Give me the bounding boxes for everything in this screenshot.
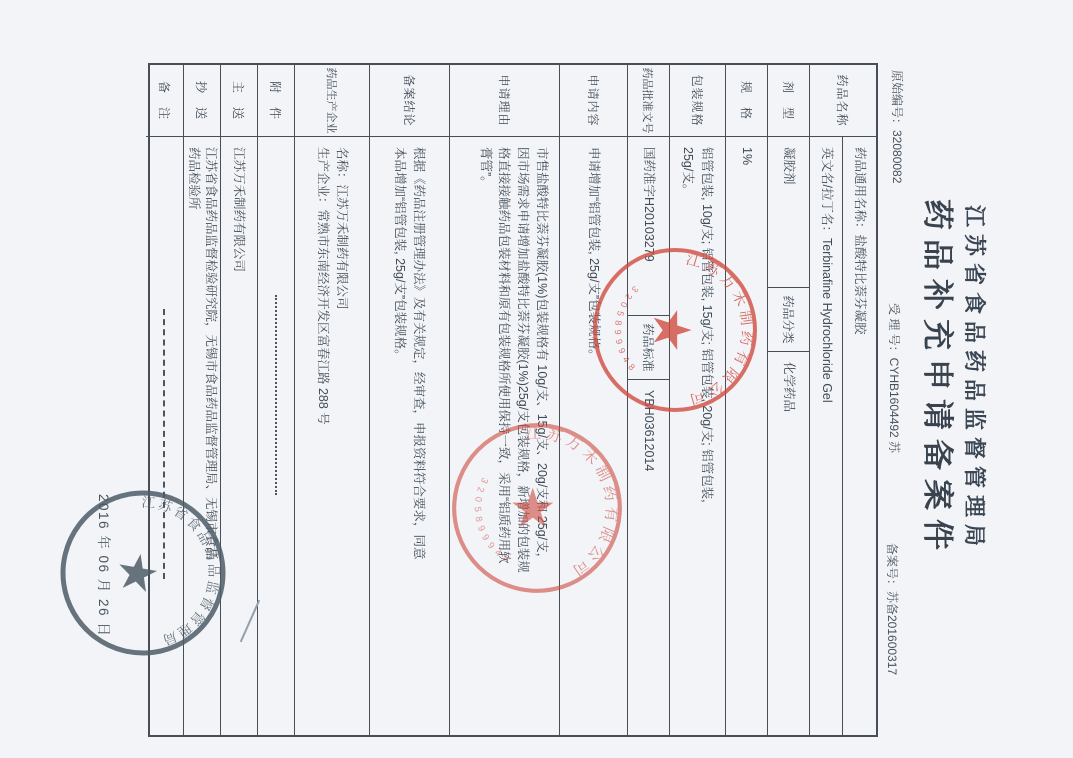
table-row-application-reason: 申请理由 市售盐酸特比萘芬凝胶(1%)包装规格有 10g/支、15g/支、20g… [450, 65, 560, 735]
table-row-main-send: 主 送 江苏万禾制药有限公司 [221, 65, 258, 735]
table-row-drug-name: 药品名称 药品通用名称：盐酸特比萘芬凝胶 英文名/拉丁名：Terbinafine… [810, 65, 876, 735]
table-row-attachment: 附 件 [258, 65, 295, 735]
table-row-conclusion: 备案结论 根据《药品注册管理办法》及有关规定，经审查，申报资料符合要求，同意 本… [370, 65, 450, 735]
spec-label: 规 格 [726, 65, 767, 137]
drug-class-label: 药品分类 [768, 287, 809, 352]
table-row-application-content: 申请内容 申请增加“铝管包装, 25g/支”包装规格。 [560, 65, 628, 735]
dosage-form-value: 凝胶剂 [768, 137, 809, 287]
pack-spec-label: 包装规格 [670, 65, 725, 137]
application-reason-value: 市售盐酸特比萘芬凝胶(1%)包装规格有 10g/支、15g/支、20g/支和 2… [450, 137, 559, 735]
main-send-label: 主 送 [221, 65, 257, 137]
issuing-authority: 江苏省食品药品监督管理局 [960, 0, 991, 758]
main-send-value: 江苏万禾制药有限公司 [221, 137, 257, 735]
application-content-value: 申请增加“铝管包装, 25g/支”包装规格。 [560, 137, 627, 735]
conclusion-value: 根据《药品注册管理办法》及有关规定，经审查，申报资料符合要求，同意 本品增加“铝… [370, 137, 449, 735]
table-row-dosage-form: 剂 型 凝胶剂 药品分类 化学药品 [768, 65, 810, 735]
drug-standard-value: YBH03612014 [628, 380, 669, 735]
table-row-copy-send: 抄 送 江苏省食品药品监督检验研究院，无锡市食品药品监督管理局、无锡市食品 药品… [184, 65, 221, 735]
table-row-spec: 规 格 1% [726, 65, 768, 735]
table-row-remarks: 备 注 [146, 65, 184, 735]
drug-name-label: 药品名称 [810, 65, 876, 137]
remarks-label: 备 注 [146, 65, 183, 137]
manufacturer-value: 名称：江苏万禾制药有限公司 生产企业：常熟市东南经济开发区富春江路 288 号 [295, 137, 369, 735]
application-reason-label: 申请理由 [450, 65, 559, 137]
remarks-dash-line [164, 309, 166, 579]
approval-no-label: 药品批准文号 [628, 65, 669, 137]
attachment-dotted-line [275, 295, 277, 495]
table-row-manufacturer: 药品生产企业 名称：江苏万禾制药有限公司 生产企业：常熟市东南经济开发区富春江路… [295, 65, 370, 735]
attachment-label: 附 件 [258, 65, 294, 137]
application-table: 药品名称 药品通用名称：盐酸特比萘芬凝胶 英文名/拉丁名：Terbinafine… [148, 63, 878, 737]
approval-date: 2016 年 06 月 26 日 [95, 494, 115, 637]
application-content-label: 申请内容 [560, 65, 627, 137]
spec-value: 1% [726, 137, 767, 735]
pack-spec-value: 铝管包装, 10g/支; 铝管包装, 15g/支; 铝管包装, 20g/支; 铝… [670, 137, 725, 735]
table-row-pack-spec: 包装规格 铝管包装, 10g/支; 铝管包装, 15g/支; 铝管包装, 20g… [670, 65, 726, 735]
copy-send-value: 江苏省食品药品监督检验研究院，无锡市食品药品监督管理局、无锡市食品 药品检验所 [184, 137, 220, 735]
drug-standard-label: 药品标准 [628, 315, 669, 380]
dosage-form-label: 剂 型 [768, 65, 809, 137]
acceptance-number: 受 理 号：CYHB1604492 苏 [886, 303, 903, 453]
original-number: 原始编号：32080082 [889, 70, 906, 183]
drug-class-value: 化学药品 [768, 352, 809, 735]
approval-no-value: 国药准字H20103279 [628, 137, 669, 315]
drug-generic-name: 药品通用名称：盐酸特比萘芬凝胶 [843, 137, 877, 735]
manufacturer-label: 药品生产企业 [295, 65, 369, 137]
table-row-approval-no: 药品批准文号 国药准字H20103279 药品标准 YBH03612014 [628, 65, 670, 735]
scanned-document: 江苏省食品药品监督管理局 药品补充申请备案件 原始编号：32080082 受 理… [0, 0, 1073, 758]
record-number: 备案号：苏备201600317 [884, 543, 901, 675]
conclusion-label: 备案结论 [370, 65, 449, 137]
document-page: 江苏省食品药品监督管理局 药品补充申请备案件 原始编号：32080082 受 理… [0, 0, 1073, 758]
drug-english-name: 英文名/拉丁名：Terbinafine Hydrochloride Gel [810, 137, 843, 735]
document-title: 药品补充申请备案件 [918, 0, 963, 758]
copy-send-label: 抄 送 [184, 65, 220, 137]
